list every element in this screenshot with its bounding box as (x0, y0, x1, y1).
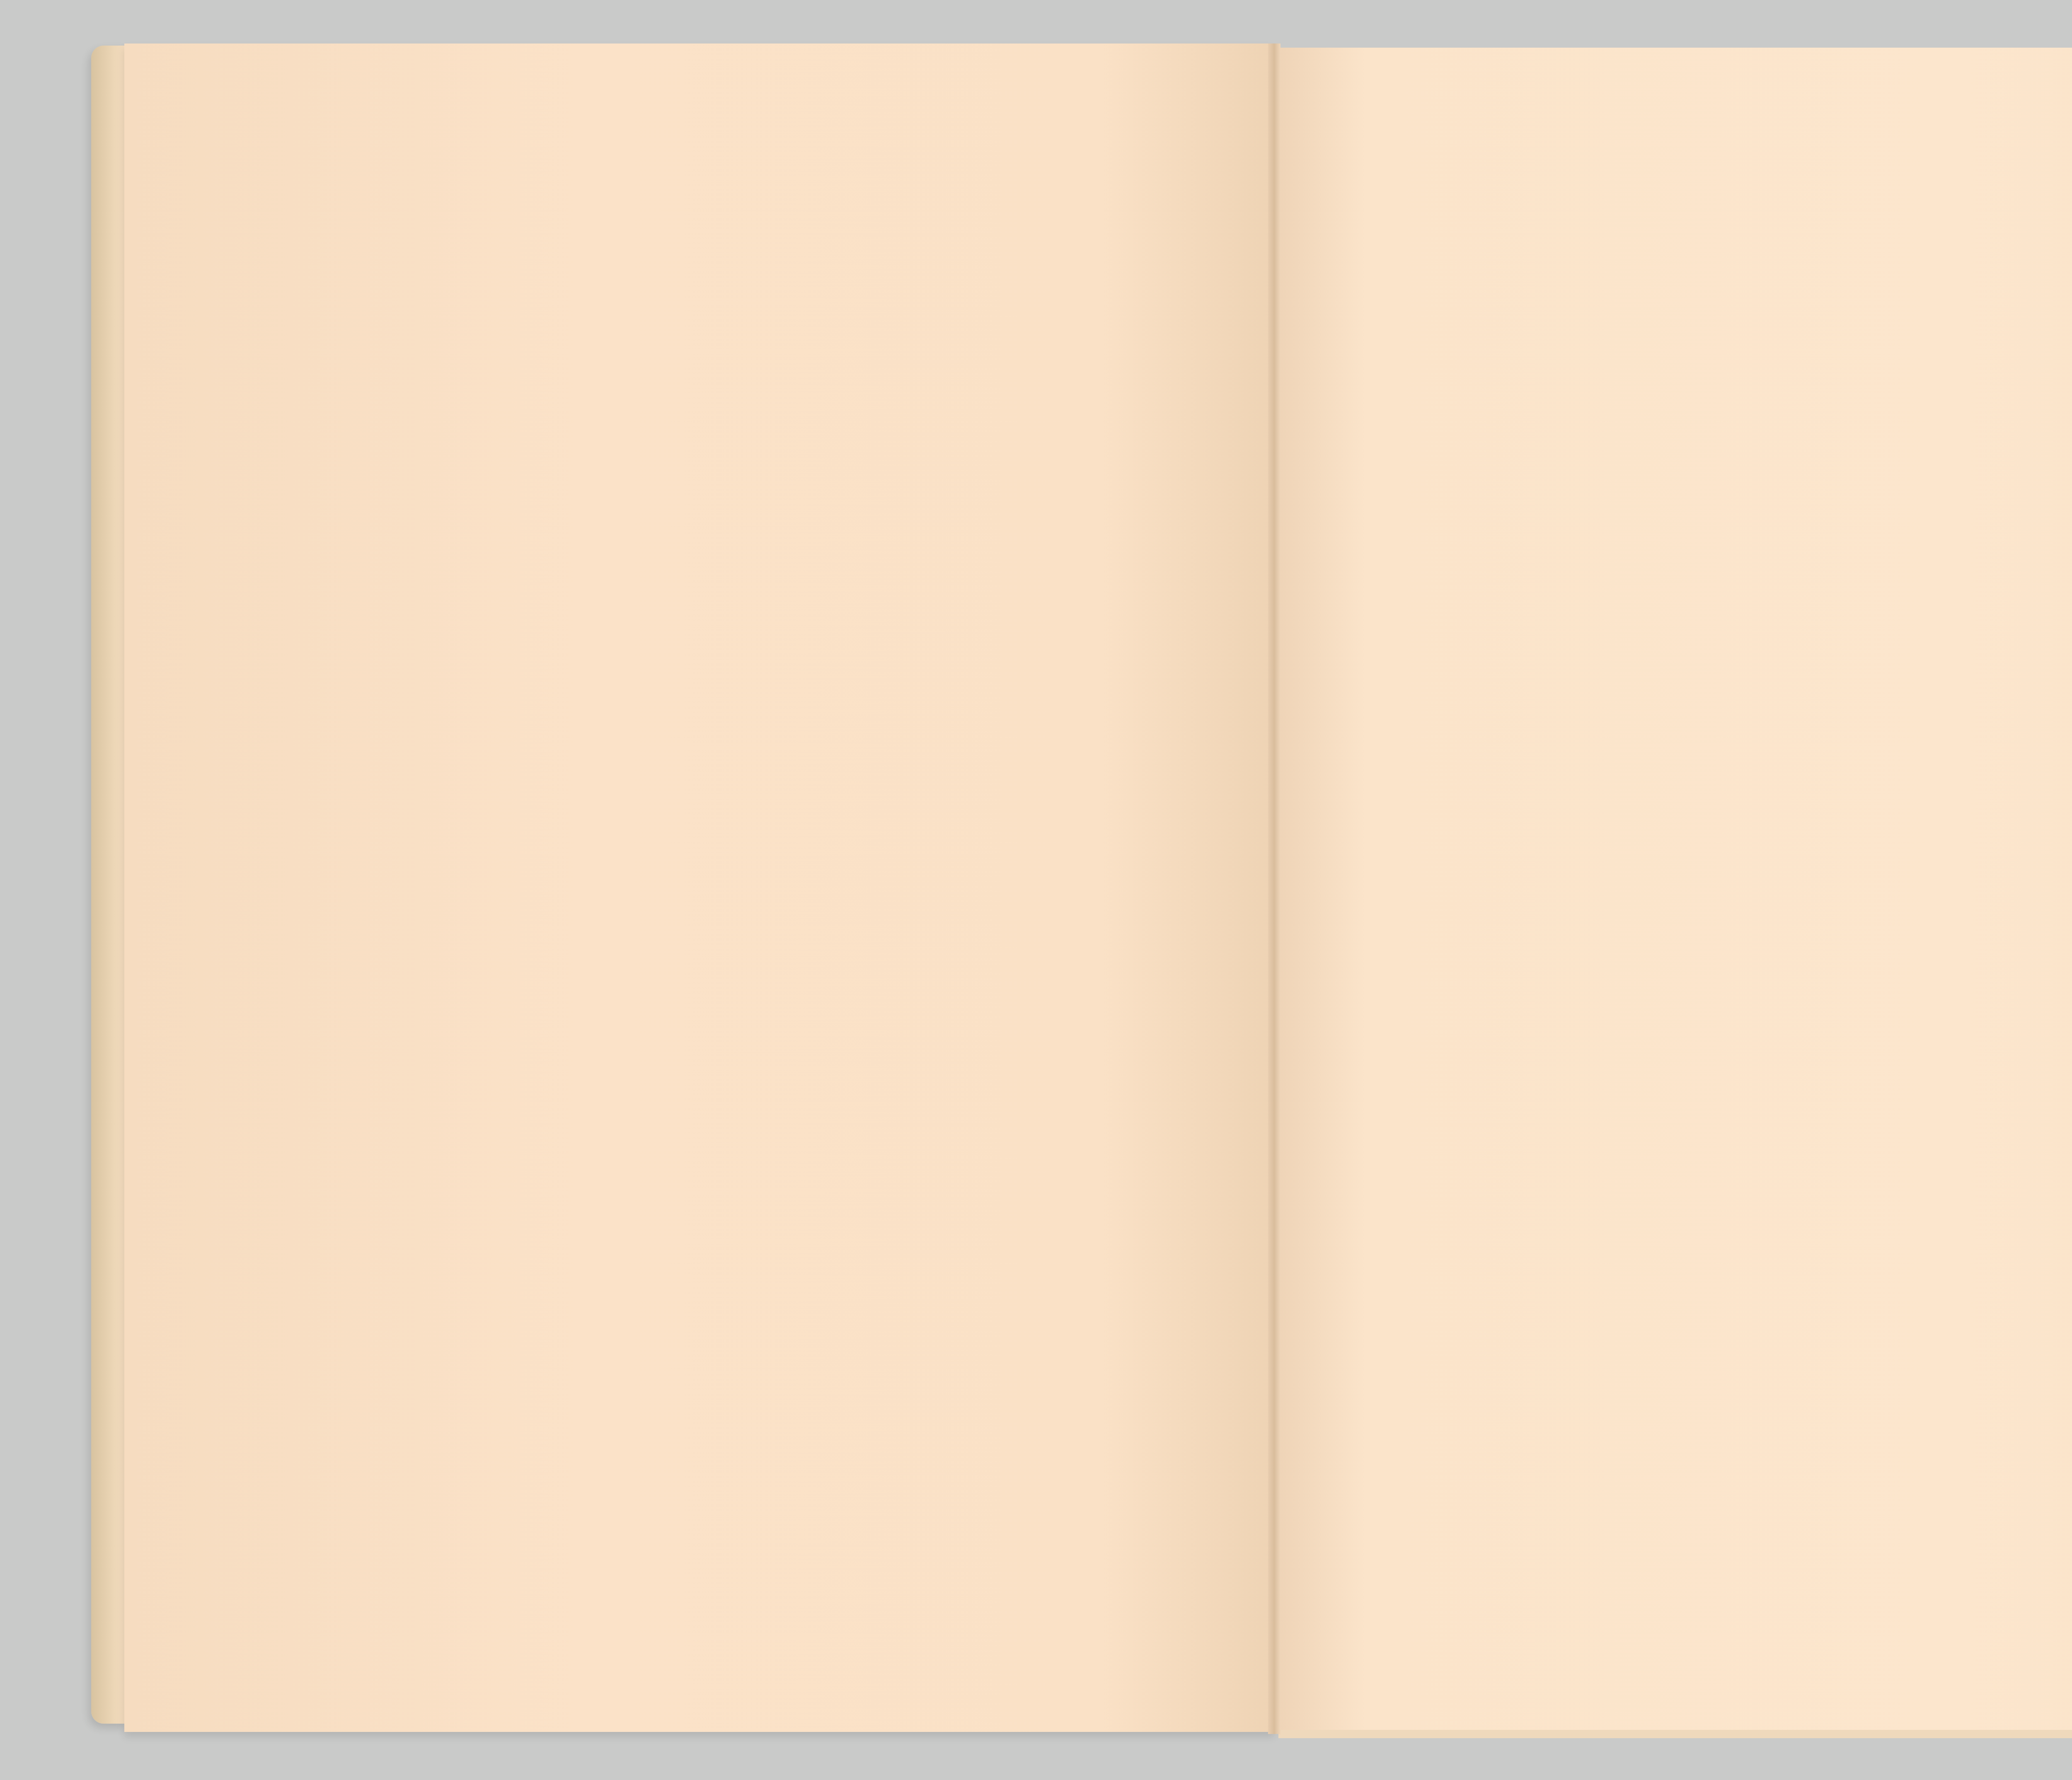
showthrough-column (2014, 232, 2072, 1434)
showthrough-column (1749, 232, 1857, 1434)
showthrough-column (1616, 232, 1724, 1434)
showthrough-column (1881, 232, 1989, 1434)
open-book (0, 0, 2072, 1780)
book-gutter (1268, 44, 1280, 1734)
showthrough-text (1616, 232, 2072, 1434)
left-page (124, 44, 1274, 1732)
left-page-edges (91, 46, 128, 1724)
